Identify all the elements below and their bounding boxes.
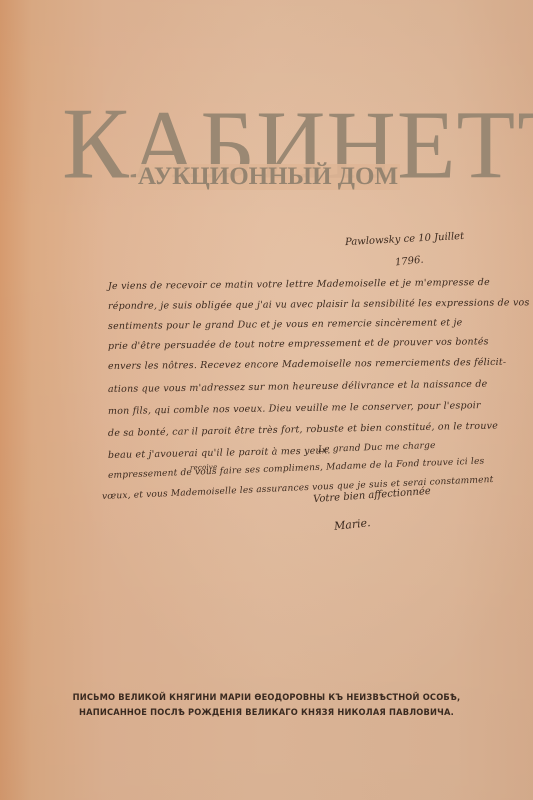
letter-line: de sa bonté, car il paroit être très for…	[108, 421, 498, 440]
caption-line-1: ПИСЬМО ВЕЛИКОЙ КНЯГИНИ МАРІИ ѲЕОДОРОВНЫ …	[21, 691, 511, 706]
letter-year: 1796.	[395, 255, 425, 269]
letter-line: sentiments pour le grand Duc et je vous …	[108, 317, 463, 333]
handwritten-letter: Pawlowsky ce 10 Juillet 1796. Je viens d…	[0, 0, 533, 620]
letter-dateline: Pawlowsky ce 10 Juillet	[345, 231, 465, 248]
document-page: КАБИНЕТЪ АУКЦИОННЫЙ ДОМ Pawlowsky ce 10 …	[0, 0, 533, 800]
letter-line: prie d'être persuadée de tout notre empr…	[108, 336, 489, 353]
letter-line: beau et j'avouerai qu'il le paroit à mes…	[108, 445, 331, 462]
letter-line: envers les nôtres. Recevez encore Mademo…	[108, 357, 506, 373]
page-caption: ПИСЬМО ВЕЛИКОЙ КНЯГИНИ МАРІИ ѲЕОДОРОВНЫ …	[21, 691, 511, 721]
letter-inline-note: Le grand Duc me charge	[318, 440, 436, 456]
caption-line-2: НАПИСАННОЕ ПОСЛѢ РОЖДЕНІЯ ВЕЛИКАГО КНЯЗЯ…	[21, 706, 511, 721]
letter-signature: Marie.	[333, 516, 371, 533]
letter-line: ations que vous m'adressez sur mon heure…	[108, 379, 488, 396]
letter-line: Je viens de recevoir ce matin votre lett…	[108, 277, 490, 293]
letter-line: mon fils, qui comble nos voeux. Dieu veu…	[108, 400, 481, 418]
letter-line: répondre, je suis obligée que j'ai vu av…	[108, 297, 530, 313]
